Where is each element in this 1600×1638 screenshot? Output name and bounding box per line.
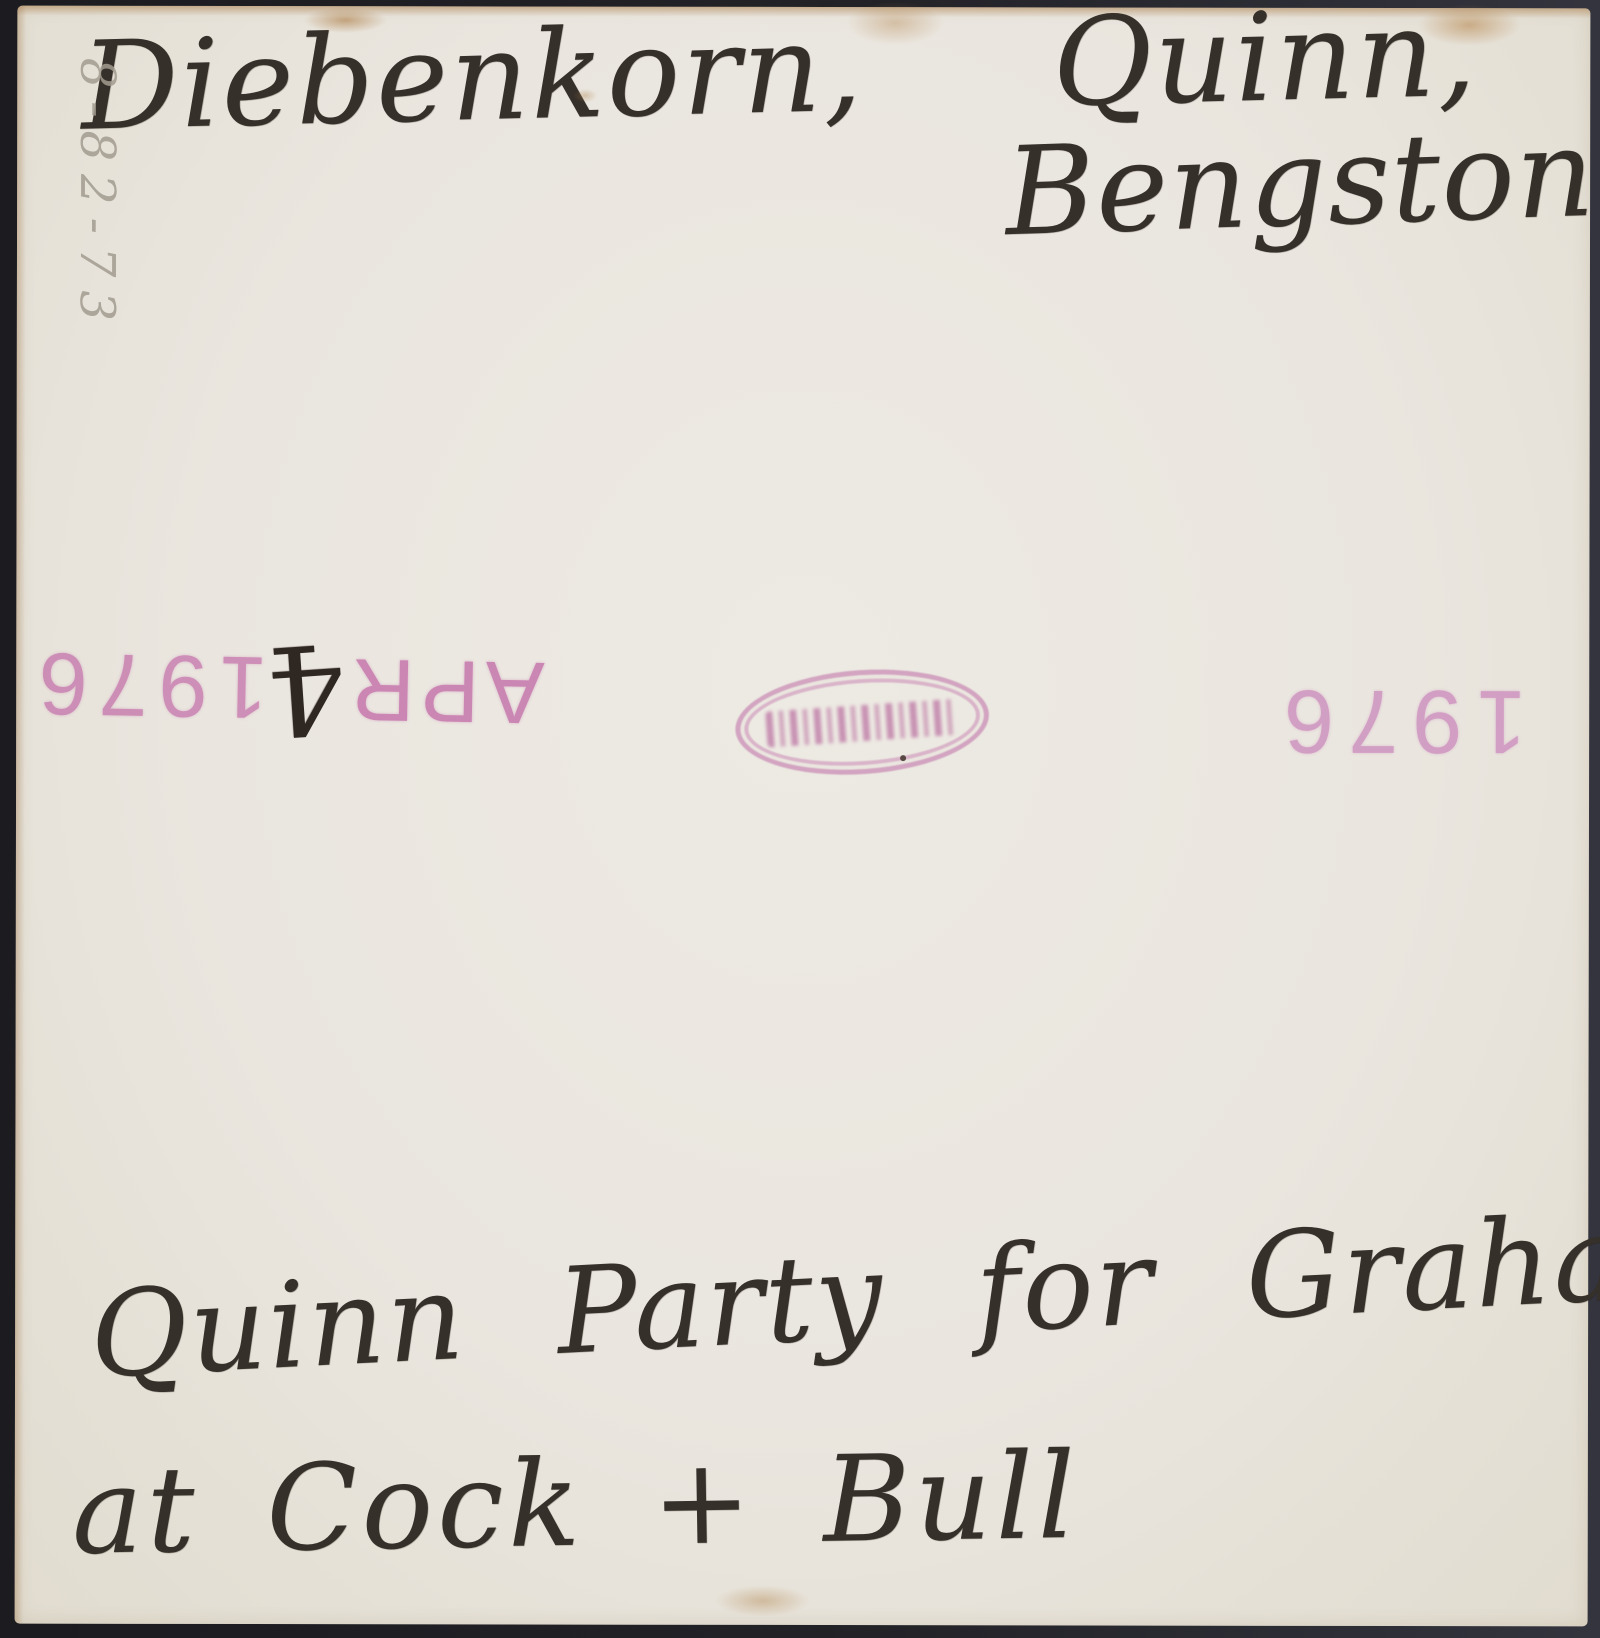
photo-verso-card: Diebenkorn, Quinn, Bengston 8-82-73 APR … — [15, 6, 1591, 1627]
date-stamp-month: APR — [344, 645, 545, 737]
caption-line1: Quinn Party for Graham — [87, 1194, 1600, 1396]
date-stamp: APR 4 1976 — [39, 618, 545, 758]
archive-number: 8-82-73 — [73, 58, 121, 334]
foxing-stain — [715, 1585, 811, 1617]
oval-logo-stamp-illegible-text — [765, 699, 959, 748]
caption-line2: at Cock + Bull — [71, 1438, 1080, 1573]
date-stamp-day-handwritten: 4 — [264, 625, 350, 752]
heading-names-line2: Bengston — [1003, 112, 1597, 254]
oval-logo-stamp — [732, 662, 992, 783]
date-stamp-year: 1976 — [27, 639, 268, 732]
year-stamp: 1976 — [1270, 676, 1526, 766]
ink-speck — [900, 755, 906, 761]
